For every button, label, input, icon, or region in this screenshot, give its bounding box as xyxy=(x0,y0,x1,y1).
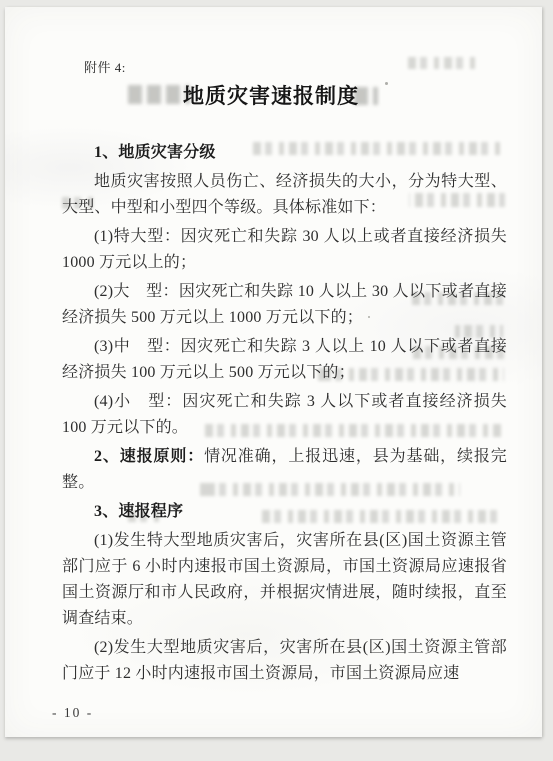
procedure-clause-1: (1)发生特大型地质灾害后，灾害所在县(区)国土资源主管部门应于 6 小时内速报… xyxy=(62,528,507,632)
paragraph-grading-intro: 地质灾害按照人员伤亡、经济损失的大小，分为特大型、大型、中型和小型四个等级。具体… xyxy=(62,169,507,221)
document-body: 1、地质灾害分级 地质灾害按照人员伤亡、经济损失的大小，分为特大型、大型、中型和… xyxy=(62,140,507,687)
document-title: 地质灾害速报制度 xyxy=(26,80,516,110)
clause-small: (4)小 型：因灾死亡和失踪 3 人以下或者直接经济损失 100 万元以下的。 xyxy=(62,389,507,441)
clause-medium: (3)中 型：因灾死亡和失踪 3 人以上 10 人以下或者直接经济损失 100 … xyxy=(62,334,507,386)
page-number: - 10 - xyxy=(52,705,93,721)
section-heading-1: 1、地质灾害分级 xyxy=(62,140,507,166)
section-heading-3: 3、速报程序 xyxy=(62,499,507,525)
clause-extra-large: (1)特大型：因灾死亡和失踪 30 人以上或者直接经济损失 1000 万元以上的… xyxy=(62,224,507,276)
section-heading-2-lead: 2、速报原则： xyxy=(94,448,204,465)
section-heading-2-paragraph: 2、速报原则：情况准确，上报迅速，县为基础，续报完整。 xyxy=(62,444,507,496)
attachment-label: 附件 4: xyxy=(84,57,126,76)
procedure-clause-2: (2)发生大型地质灾害后，灾害所在县(区)国土资源主管部门应于 12 小时内速报… xyxy=(62,635,507,687)
clause-large: (2)大 型：因灾死亡和失踪 10 人以上 30 人以下或者直接经济损失 500… xyxy=(62,279,507,331)
scanned-document-page: 附件 4: 地质灾害速报制度 1、地质灾害分级 地质灾害按照人员伤亡、经济损失的… xyxy=(0,0,553,761)
